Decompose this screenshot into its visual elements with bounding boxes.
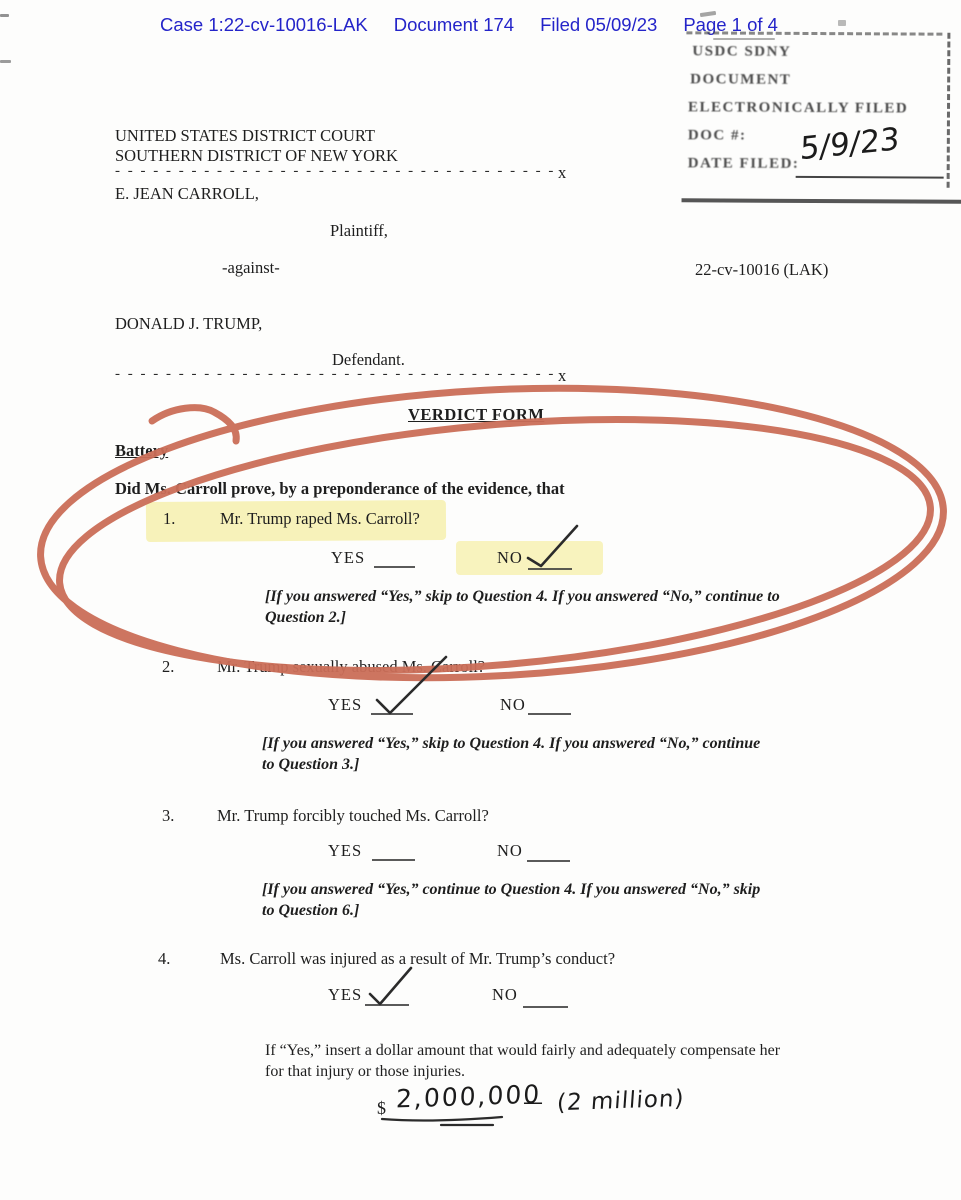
question2-instruction-line1: [If you answered “Yes,” skip to Question…: [262, 733, 760, 754]
handwritten-amount: 2,000,000: [396, 1079, 542, 1113]
stamp-document: DOCUMENT: [690, 71, 791, 89]
handwritten-amount-note: (2 million): [556, 1086, 685, 1117]
question3-yes-label: YES: [328, 841, 362, 861]
question1-no-label: NO: [497, 548, 523, 568]
caption-divider-bottom-x: x: [558, 366, 566, 386]
question3-text: Mr. Trump forcibly touched Ms. Carroll?: [217, 806, 489, 826]
question2-yes-label: YES: [328, 695, 362, 715]
question3-no-blank: [527, 860, 570, 862]
question3-number: 3.: [162, 806, 174, 826]
question2-text: Mr. Trump sexually abused Ms. Carroll?: [217, 657, 485, 677]
stamp-date-underline: [796, 176, 944, 179]
question1-text: Mr. Trump raped Ms. Carroll?: [220, 509, 420, 529]
court-name: UNITED STATES DISTRICT COURT: [115, 126, 375, 146]
section-battery: Battery: [115, 441, 168, 461]
question1-yes-label: YES: [331, 548, 365, 568]
question4-yes-checkmark: [370, 968, 411, 1004]
plaintiff-role: Plaintiff,: [330, 221, 388, 241]
header-filed-date: Filed 05/09/23: [540, 14, 657, 36]
scan-speck: [838, 20, 846, 26]
stamp-border-top: [686, 31, 942, 35]
caption-divider-top-x: x: [558, 163, 566, 183]
question1-yes-blank: [374, 566, 415, 568]
case-number: 22-cv-10016 (LAK): [695, 260, 828, 280]
question1-instruction-line1: [If you answered “Yes,” skip to Question…: [265, 586, 780, 607]
stamp-doc-number: DOC #:: [688, 127, 747, 144]
dollar-sign: $: [377, 1098, 386, 1118]
scan-speck: [0, 14, 9, 17]
damages-instruction-line2: for that injury or those injuries.: [265, 1062, 465, 1082]
question4-yes-blank: [365, 1004, 409, 1006]
stamp-date-filed: DATE FILED:: [688, 155, 800, 173]
handwritten-dash: —: [523, 1090, 543, 1114]
question4-text: Ms. Carroll was injured as a result of M…: [220, 949, 615, 969]
damages-instruction-line1: If “Yes,” insert a dollar amount that wo…: [265, 1041, 780, 1061]
caption-divider-bottom: - - - - - - - - - - - - - - - - - - - - …: [115, 366, 555, 384]
stamp-handwritten-date: 5/9/23: [799, 121, 900, 167]
verdict-form-title: VERDICT FORM: [408, 405, 544, 425]
question1-instruction-line2: Question 2.]: [265, 607, 346, 628]
question1-number: 1.: [163, 509, 175, 529]
question3-instruction-line2: to Question 6.]: [262, 900, 359, 921]
stamp-border-bottom: [682, 198, 961, 203]
plaintiff-name: E. JEAN CARROLL,: [115, 184, 259, 204]
question2-yes-blank: [371, 713, 413, 715]
question4-no-label: NO: [492, 985, 518, 1005]
question2-no-blank: [528, 713, 571, 715]
question3-yes-blank: [372, 859, 415, 861]
question2-instruction-line2: to Question 3.]: [262, 754, 359, 775]
stamp-usdc-sdny: USDC SDNY: [692, 43, 791, 61]
red-circle-tail: [152, 408, 236, 441]
question1-no-blank: [528, 568, 572, 570]
scanned-court-document: Case 1:22-cv-10016-LAK Document 174 File…: [0, 0, 961, 1200]
scan-speck: [0, 60, 11, 63]
question4-yes-label: YES: [328, 985, 362, 1005]
defendant-name: DONALD J. TRUMP,: [115, 314, 262, 334]
question4-no-blank: [523, 1006, 568, 1008]
electronically-filed-stamp: USDC SDNY DOCUMENT ELECTRONICALLY FILED …: [678, 31, 951, 189]
amount-underline: [382, 1117, 502, 1120]
against-label: -against-: [222, 258, 280, 278]
header-case-number: Case 1:22-cv-10016-LAK: [160, 14, 368, 36]
header-document-number: Document 174: [394, 14, 514, 36]
stamp-electronically-filed: ELECTRONICALLY FILED: [688, 99, 908, 117]
question2-no-label: NO: [500, 695, 526, 715]
question3-instruction-line1: [If you answered “Yes,” continue to Ques…: [262, 879, 760, 900]
question2-number: 2.: [162, 657, 174, 677]
caption-divider-top: - - - - - - - - - - - - - - - - - - - - …: [115, 163, 555, 181]
preamble: Did Ms. Carroll prove, by a preponderanc…: [115, 479, 565, 499]
stamp-border-right: [947, 33, 951, 188]
question3-no-label: NO: [497, 841, 523, 861]
question4-number: 4.: [158, 949, 170, 969]
